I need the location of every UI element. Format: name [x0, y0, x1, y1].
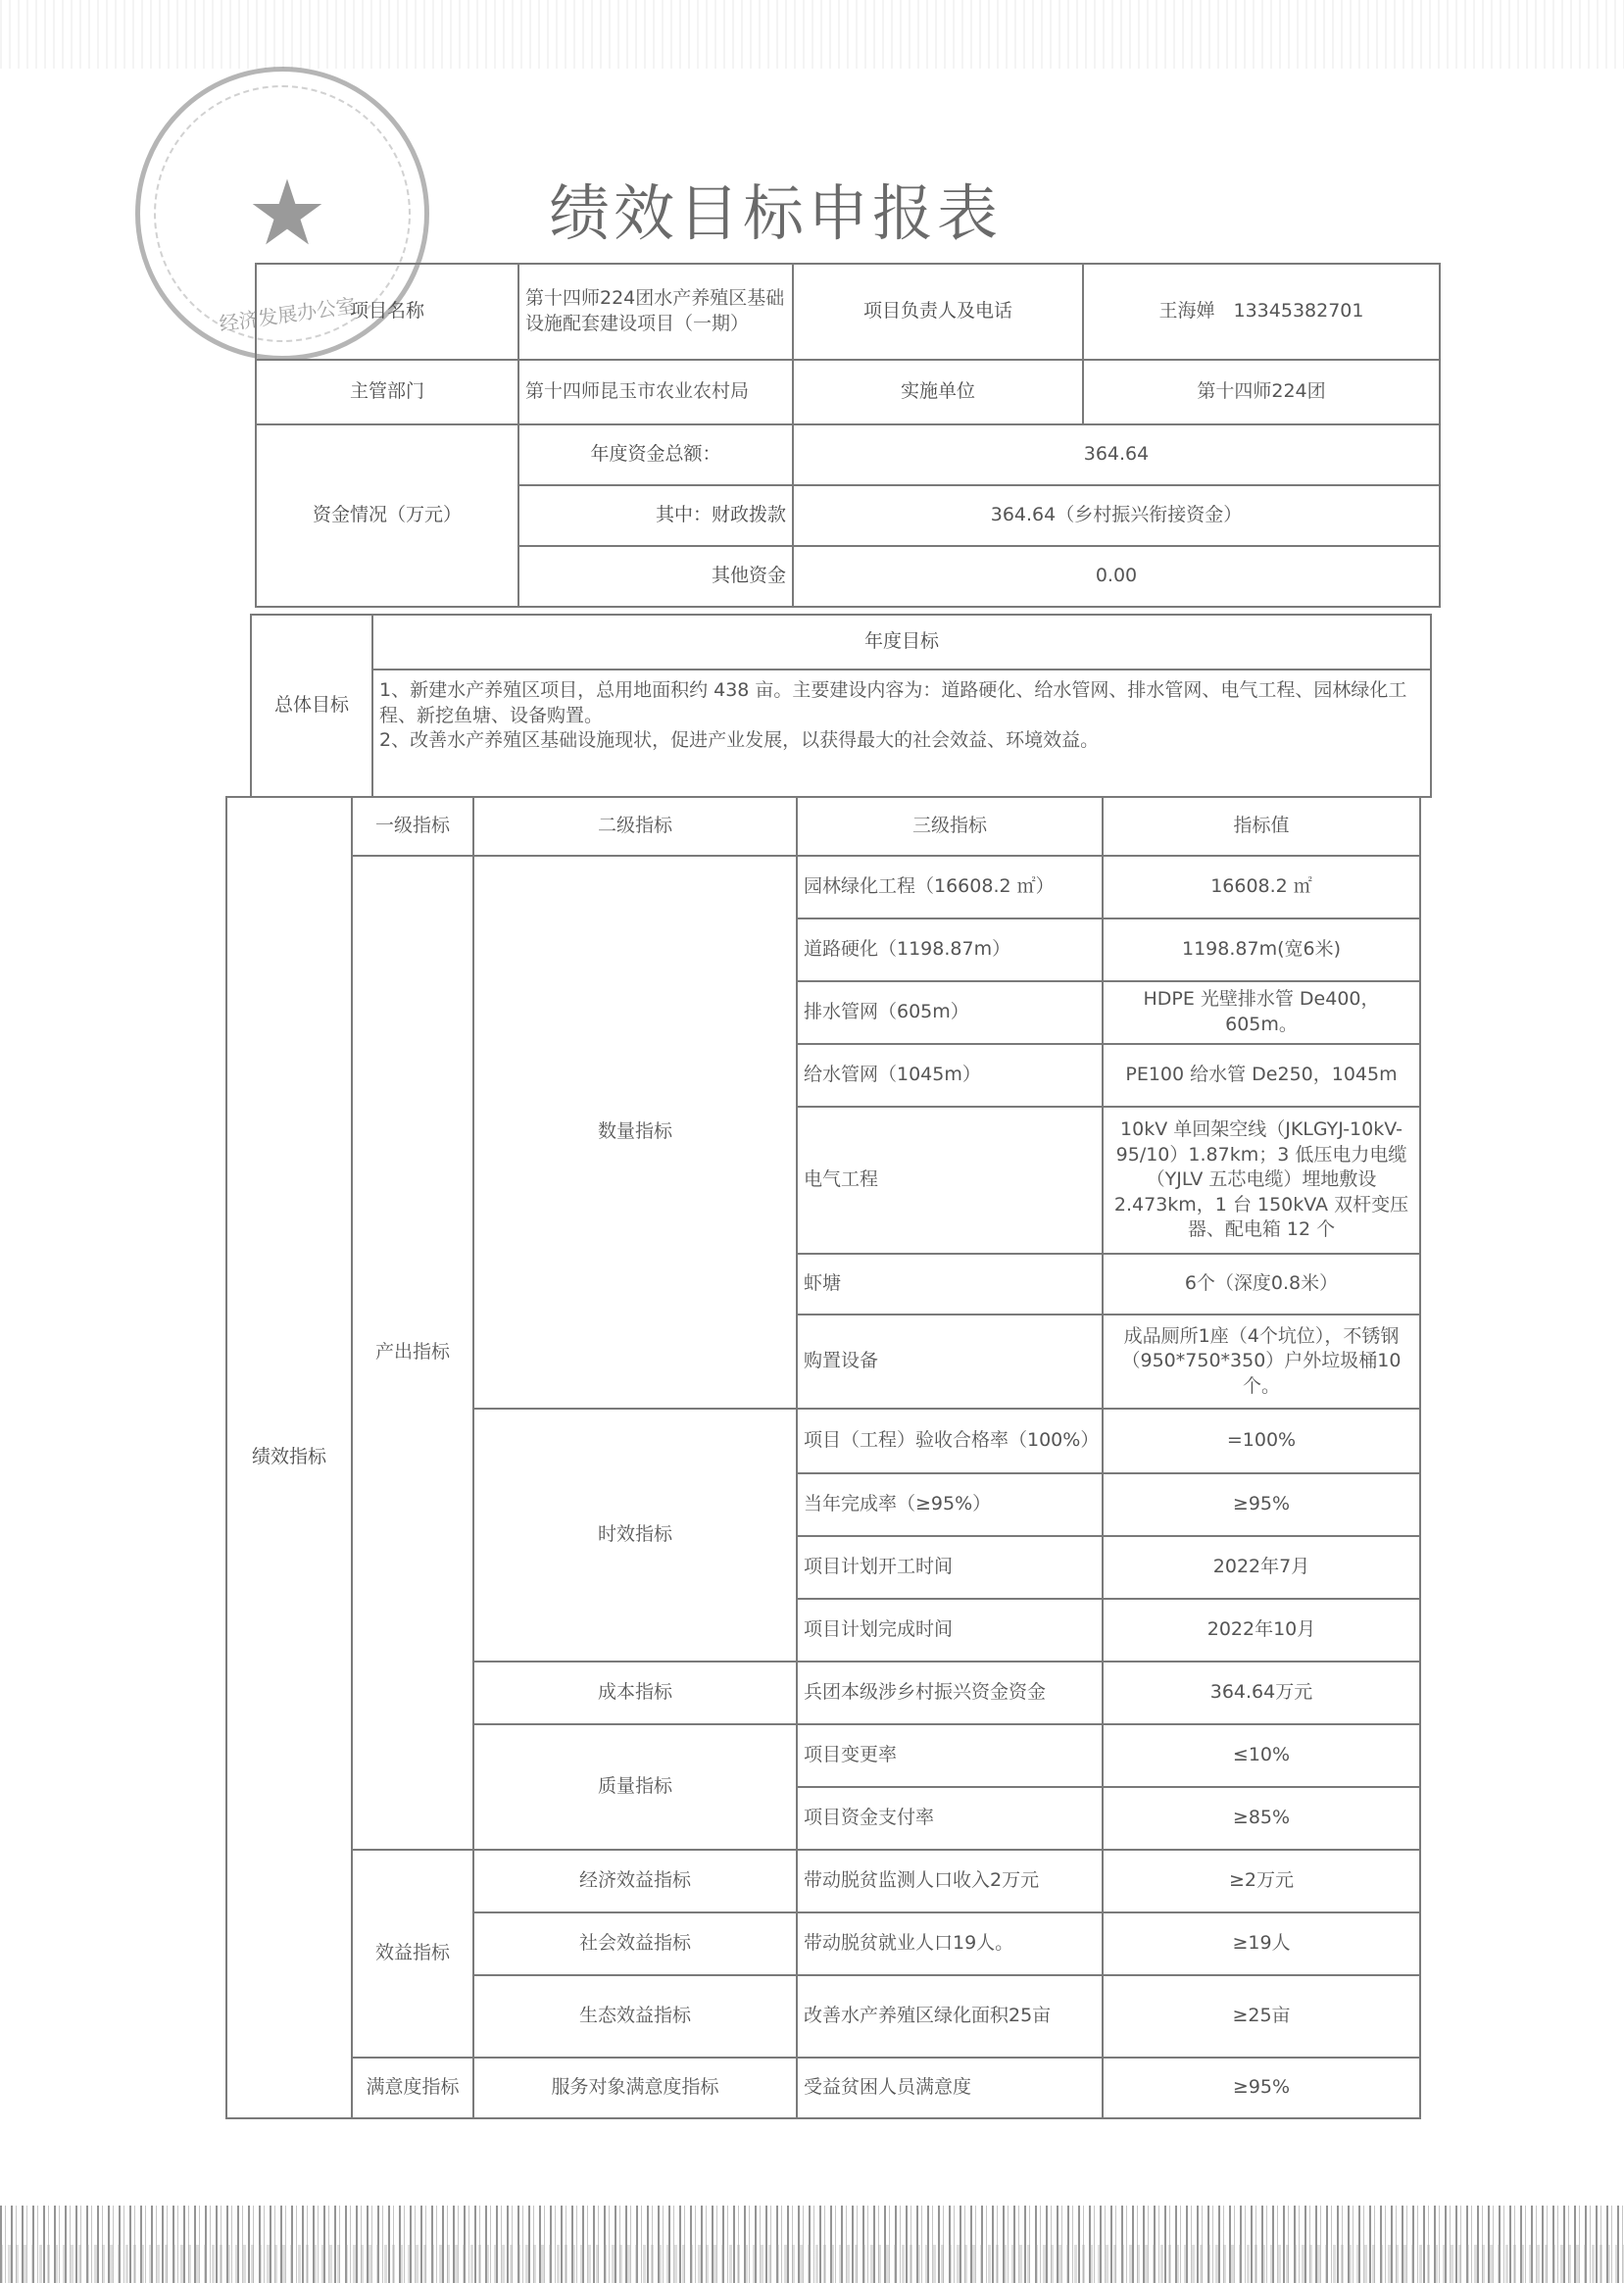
- star-icon: ★: [238, 165, 336, 263]
- indicator-value: ≥85%: [1103, 1787, 1420, 1850]
- indicator-value: 6个（深度0.8米）: [1103, 1254, 1420, 1315]
- indicator-name: 带动脱贫就业人口19人。: [797, 1912, 1103, 1975]
- level2-quality: 质量指标: [473, 1724, 797, 1850]
- level1-output: 产出指标: [352, 856, 473, 1850]
- level2-quantity: 数量指标: [473, 856, 797, 1409]
- dept-label: 主管部门: [256, 360, 518, 424]
- indicator-name: 项目（工程）验收合格率（100%）: [797, 1409, 1103, 1473]
- level1-benefit: 效益指标: [352, 1850, 473, 2058]
- indicator-value: 2022年7月: [1103, 1536, 1420, 1599]
- header-table: 项目名称 第十四师224团水产养殖区基础设施配套建设项目（一期） 项目负责人及电…: [255, 263, 1441, 608]
- funding-fiscal-value: 364.64（乡村振兴衔接资金）: [793, 485, 1440, 546]
- indicator-name: 购置设备: [797, 1315, 1103, 1409]
- funding-label: 资金情况（万元）: [256, 424, 518, 607]
- indicator-name: 当年完成率（≥95%）: [797, 1473, 1103, 1536]
- project-name-label: 项目名称: [256, 264, 518, 360]
- indicator-value: 2022年10月: [1103, 1599, 1420, 1662]
- goals-header: 年度目标: [372, 615, 1431, 670]
- impl-label: 实施单位: [793, 360, 1083, 424]
- goals-label: 总体目标: [251, 615, 372, 797]
- indicator-name: 项目变更率: [797, 1724, 1103, 1787]
- indicator-value: ≥2万元: [1103, 1850, 1420, 1912]
- scan-noise-bottom: [0, 2206, 1624, 2283]
- level2-service: 服务对象满意度指标: [473, 2058, 797, 2118]
- indicator-name: 给水管网（1045m）: [797, 1044, 1103, 1107]
- indicator-name: 项目计划开工时间: [797, 1536, 1103, 1599]
- goal-item-1: 1、新建水产养殖区项目，总用地面积约 438 亩。主要建设内容为：道路硬化、给水…: [379, 678, 1424, 728]
- goals-table: 总体目标 年度目标 1、新建水产养殖区项目，总用地面积约 438 亩。主要建设内…: [250, 614, 1432, 798]
- indicator-value: 364.64万元: [1103, 1662, 1420, 1724]
- funding-other-label: 其他资金: [518, 546, 793, 607]
- indicator-value: ≥95%: [1103, 2058, 1420, 2118]
- level2-ecological: 生态效益指标: [473, 1975, 797, 2058]
- indicator-value: 1198.87m(宽6米): [1103, 918, 1420, 981]
- impl-value: 第十四师224团: [1083, 360, 1440, 424]
- indicator-name: 项目计划完成时间: [797, 1599, 1103, 1662]
- indicator-name: 项目资金支付率: [797, 1787, 1103, 1850]
- indicator-name: 排水管网（605m）: [797, 981, 1103, 1044]
- level2-economic: 经济效益指标: [473, 1850, 797, 1912]
- funding-total-value: 364.64: [793, 424, 1440, 485]
- indicator-value: HDPE 光壁排水管 De400，605m。: [1103, 981, 1420, 1044]
- indicator-value: =100%: [1103, 1409, 1420, 1473]
- funding-fiscal-label: 其中：财政拨款: [518, 485, 793, 546]
- indicator-name: 虾塘: [797, 1254, 1103, 1315]
- indicator-name: 改善水产养殖区绿化面积25亩: [797, 1975, 1103, 2058]
- indicator-name: 电气工程: [797, 1107, 1103, 1254]
- indicator-value: 10kV 单回架空线（JKLGYJ-10kV-95/10）1.87km；3 低压…: [1103, 1107, 1420, 1254]
- goals-text: 1、新建水产养殖区项目，总用地面积约 438 亩。主要建设内容为：道路硬化、给水…: [372, 670, 1431, 797]
- col-header-level2: 二级指标: [473, 797, 797, 856]
- level1-satisfaction: 满意度指标: [352, 2058, 473, 2118]
- indicator-value: PE100 给水管 De250，1045m: [1103, 1044, 1420, 1107]
- indicator-name: 受益贫困人员满意度: [797, 2058, 1103, 2118]
- goal-item-2: 2、改善水产养殖区基础设施现状，促进产业发展，以获得最大的社会效益、环境效益。: [379, 728, 1424, 754]
- col-header-value: 指标值: [1103, 797, 1420, 856]
- owner-value: 王海婵 13345382701: [1083, 264, 1440, 360]
- indicators-table: 绩效指标 一级指标 二级指标 三级指标 指标值 产出指标 数量指标 园林绿化工程…: [225, 796, 1421, 2119]
- scan-noise-top: [0, 0, 1624, 69]
- owner-label: 项目负责人及电话: [793, 264, 1083, 360]
- indicator-value: ≥95%: [1103, 1473, 1420, 1536]
- indicator-value: 成品厕所1座（4个坑位），不锈钢（950*750*350）户外垃圾桶10个。: [1103, 1315, 1420, 1409]
- indicator-value: 16608.2 ㎡: [1103, 856, 1420, 918]
- dept-value: 第十四师昆玉市农业农村局: [518, 360, 793, 424]
- level2-cost: 成本指标: [473, 1662, 797, 1724]
- indicator-value: ≥19人: [1103, 1912, 1420, 1975]
- funding-total-label: 年度资金总额：: [518, 424, 793, 485]
- col-header-level1: 一级指标: [352, 797, 473, 856]
- indicator-value: ≤10%: [1103, 1724, 1420, 1787]
- indicator-name: 园林绿化工程（16608.2 ㎡）: [797, 856, 1103, 918]
- indicator-name: 带动脱贫监测人口收入2万元: [797, 1850, 1103, 1912]
- col-header-level3: 三级指标: [797, 797, 1103, 856]
- indicator-name: 兵团本级涉乡村振兴资金资金: [797, 1662, 1103, 1724]
- indicators-label: 绩效指标: [226, 797, 352, 2118]
- level2-social: 社会效益指标: [473, 1912, 797, 1975]
- indicator-name: 道路硬化（1198.87m）: [797, 918, 1103, 981]
- funding-other-value: 0.00: [793, 546, 1440, 607]
- indicator-value: ≥25亩: [1103, 1975, 1420, 2058]
- level2-timeliness: 时效指标: [473, 1409, 797, 1662]
- page-title: 绩效目标申报表: [549, 165, 1137, 252]
- project-name-value: 第十四师224团水产养殖区基础设施配套建设项目（一期）: [518, 264, 793, 360]
